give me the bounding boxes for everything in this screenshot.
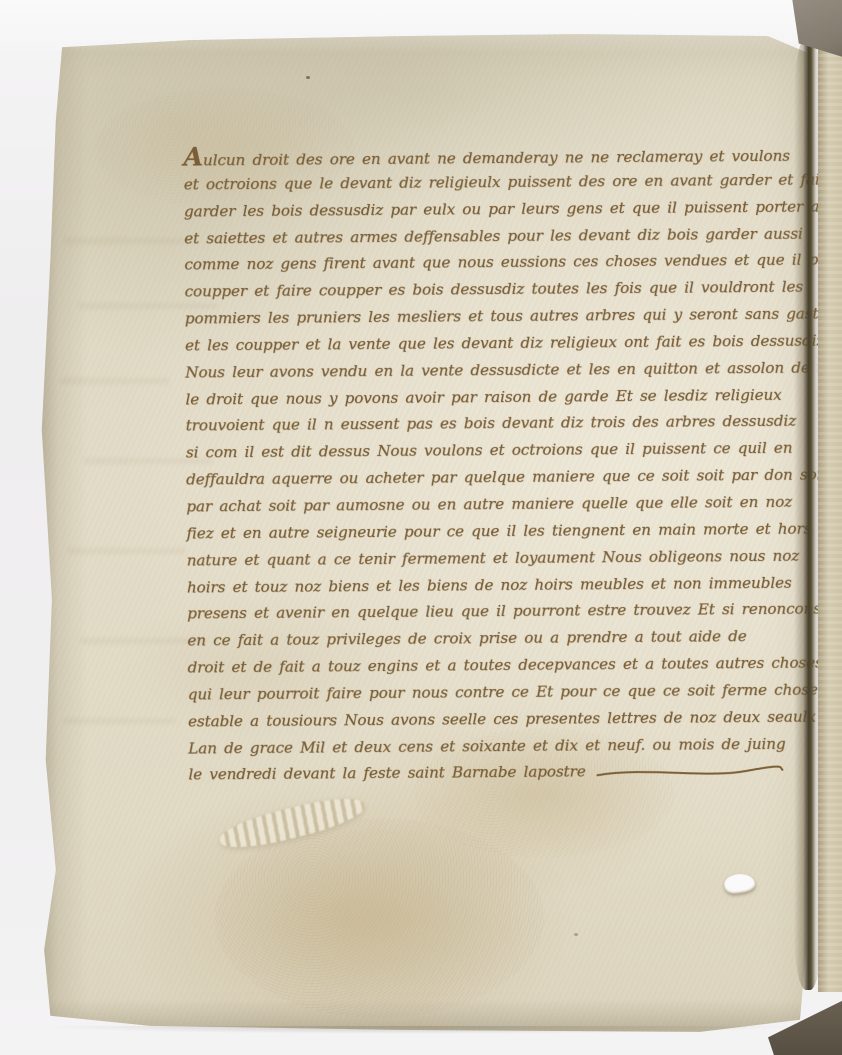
ink-speck [306, 76, 310, 79]
showthrough-mark [68, 548, 186, 554]
manuscript-line-text: le vendredi devant la feste saint Barnab… [188, 763, 585, 784]
parchment-stain [214, 818, 544, 1018]
scan-background: Aulcun droit des ore en avant ne demande… [0, 0, 842, 1055]
text-block: Aulcun droit des ore en avant ne demande… [183, 140, 816, 789]
next-page-edge [818, 40, 842, 992]
showthrough-mark [60, 378, 170, 384]
page-bottom-shadow [44, 1026, 796, 1034]
line-filler-flourish [596, 763, 786, 780]
showthrough-mark [64, 718, 176, 724]
showthrough-mark [64, 238, 184, 244]
manuscript-line: le vendredi devant la feste saint Barnab… [188, 757, 816, 789]
ink-speck [574, 933, 578, 936]
